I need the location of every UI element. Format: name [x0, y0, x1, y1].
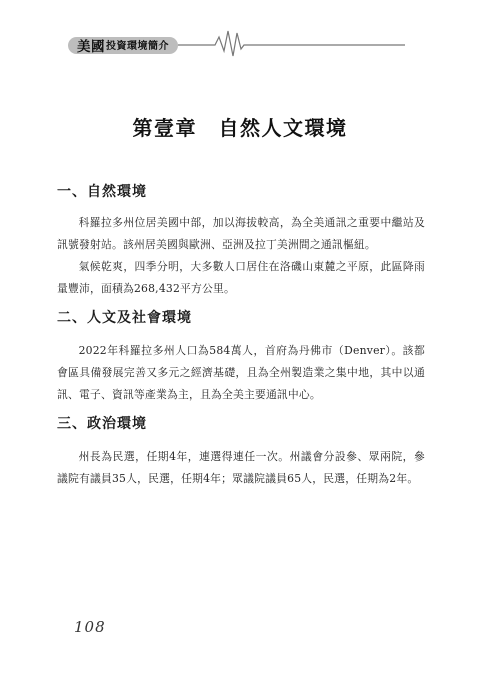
- header-badge-sub-text: 投資環境簡介: [106, 37, 169, 52]
- document-page: 美國 投資環境簡介 第壹章 自然人文環境 一、自然環境 科羅拉多州位居美國中部，…: [0, 0, 480, 679]
- section-heading: 三、政治環境: [57, 414, 425, 434]
- section-heading: 二、人文及社會環境: [57, 308, 425, 328]
- paragraph: 科羅拉多州位居美國中部，加以海拔較高，為全美通訊之重要中繼站及訊號發射站。該州居…: [57, 212, 425, 256]
- paragraph: 州長為民選，任期4年，連選得連任一次。州議會分設參、眾兩院，參議院有議員35人，…: [57, 446, 425, 490]
- section-social-environment: 二、人文及社會環境 2022年科羅拉多州人口為584萬人，首府為丹佛市（Denv…: [57, 308, 425, 406]
- page-number: 108: [74, 618, 106, 636]
- page-header: 美國 投資環境簡介: [68, 35, 406, 55]
- page-content: 一、自然環境 科羅拉多州位居美國中部，加以海拔較高，為全美通訊之重要中繼站及訊號…: [57, 182, 425, 490]
- header-badge-main-text: 美國: [77, 35, 105, 55]
- header-badge: 美國 投資環境簡介: [68, 37, 178, 54]
- paragraph: 2022年科羅拉多州人口為584萬人，首府為丹佛市（Denver）。該都會區具備…: [57, 340, 425, 406]
- section-political-environment: 三、政治環境 州長為民選，任期4年，連選得連任一次。州議會分設參、眾兩院，參議院…: [57, 414, 425, 490]
- paragraph: 氣候乾爽，四季分明，大多數人口居住在洛磯山東麓之平原，此區降雨量豐沛，面積為26…: [57, 256, 425, 300]
- chapter-title: 第壹章 自然人文環境: [0, 112, 480, 141]
- section-natural-environment: 一、自然環境 科羅拉多州位居美國中部，加以海拔較高，為全美通訊之重要中繼站及訊號…: [57, 182, 425, 300]
- section-heading: 一、自然環境: [57, 182, 425, 202]
- pulse-line-icon: [178, 30, 406, 60]
